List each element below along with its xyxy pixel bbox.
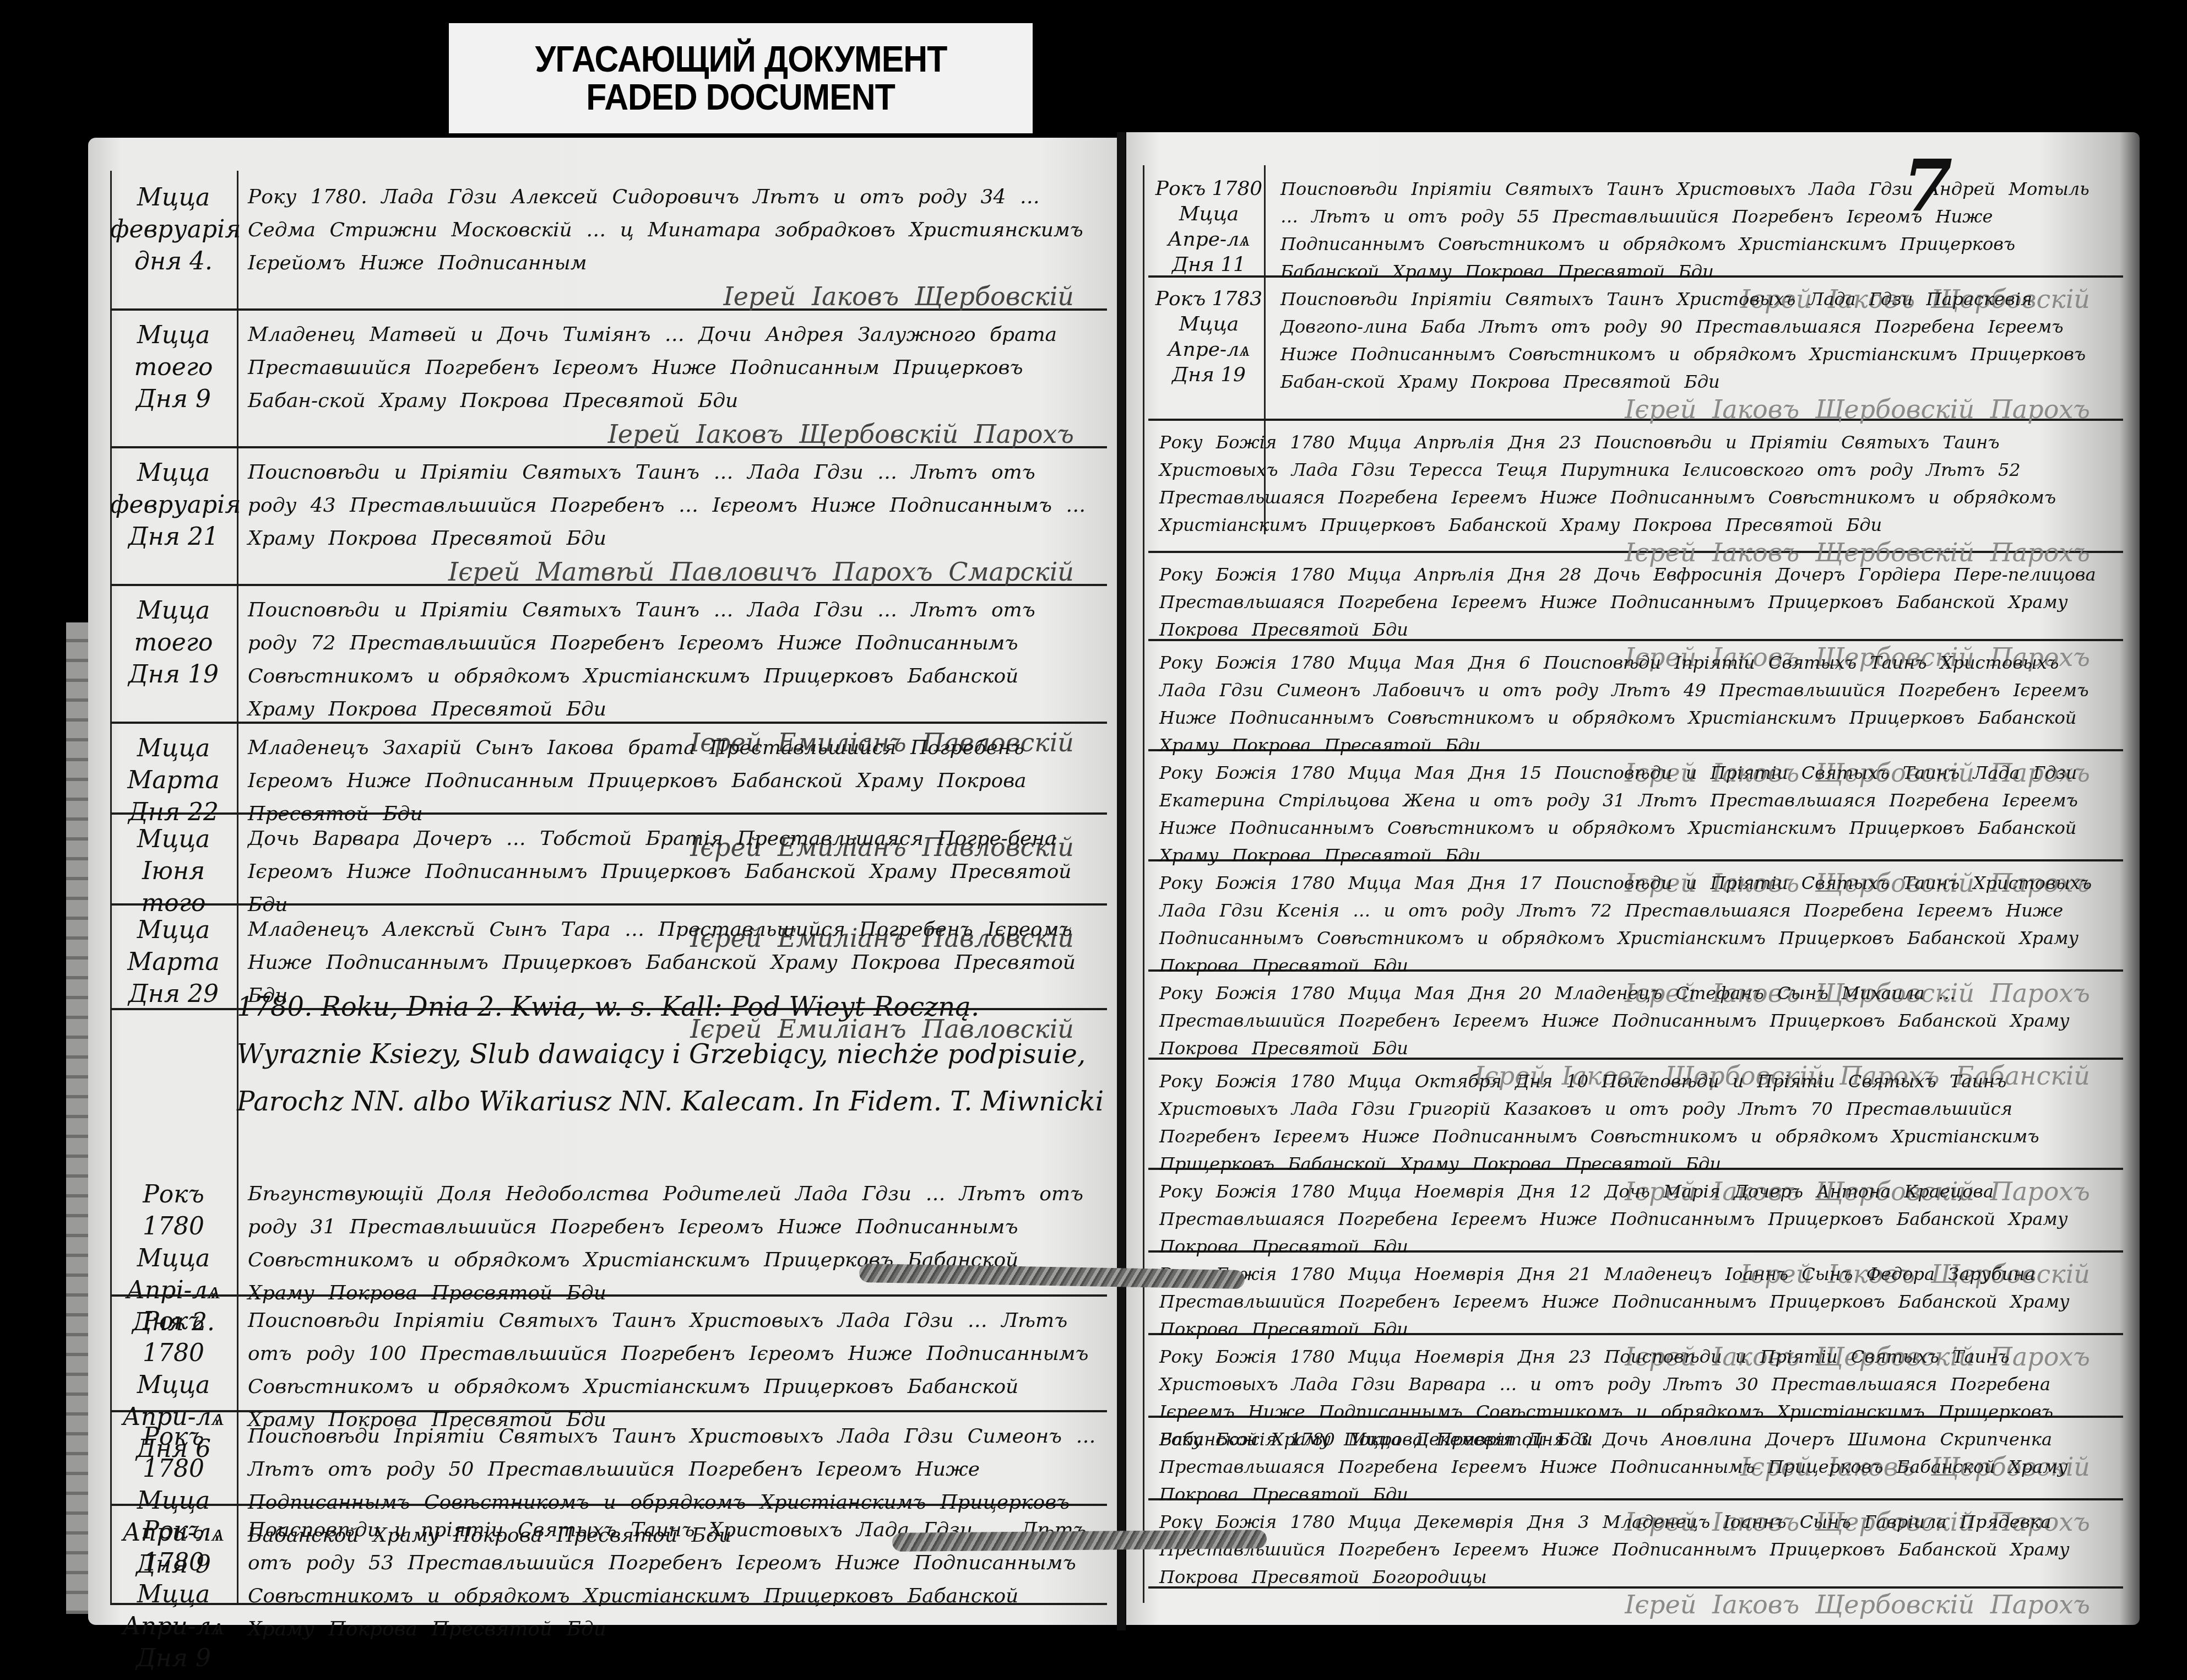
entry-body: Поисповѣди и пріятіи Святыхъ Таинъ Христ… xyxy=(237,1504,1107,1646)
register-entry: Року Божія 1780 Мцца Апрѣлія Дня 28 Дочь… xyxy=(1148,551,2123,641)
entry-body: Року 1780. Лада Гдзи Алексей Сидоровичъ … xyxy=(237,171,1107,313)
register-entry: Мцца Марта Дня 22Младенецъ Захарій Сынъ … xyxy=(110,722,1107,815)
entry-text: Року Божія 1780 Мцца Апрѣлія Дня 28 Дочь… xyxy=(1159,564,2096,640)
entry-text: Поисповѣди и Пріятіи Святыхъ Таинъ … Лад… xyxy=(248,599,1035,720)
entry-date: Мцца февруарія дня 4. xyxy=(110,171,237,278)
entry-text: Року Божія 1780 Мцца Мая Дня 17 Поисповѣ… xyxy=(1159,872,2092,976)
right-page: 7 Рокъ 1780 Мцца Апре-лѧ Дня 11Поисповѣд… xyxy=(1126,132,2140,1625)
entry-date: Мцца тоего Дня 19 xyxy=(110,584,237,691)
register-entry: Року Божія 1780 Мцца Мая Дня 6 Поисповѣд… xyxy=(1148,639,2123,751)
register-entry: Мцца тоего Дня 19Поисповѣди и Пріятіи Св… xyxy=(110,584,1107,724)
register-entry: Мцца февруарія дня 4.Року 1780. Лада Гдз… xyxy=(110,171,1107,311)
entry-text: Року Божія 1780 Мцца Декемврія Дня 3 Мла… xyxy=(1159,1511,2070,1587)
label-russian: УГАСАЮЩИЙ ДОКУМЕНТ xyxy=(535,40,947,78)
entry-text: Року 1780. Лада Гдзи Алексей Сидоровичъ … xyxy=(248,186,1083,274)
entry-body: Бѣгунствующій Доля Недоболства Родителей… xyxy=(237,1168,1107,1310)
entry-date: Рокъ 1783 Мцца Апре-лѧ Дня 19 xyxy=(1148,275,1269,388)
faded-document-label: УГАСАЮЩИЙ ДОКУМЕНТ FADED DOCUMENT xyxy=(449,23,1033,133)
entry-text: Поисповѣди Іпріятіи Святыхъ Таинъ Христо… xyxy=(1280,178,2090,282)
register-entry: Рокъ 1783 Мцца Апре-лѧ Дня 19Поисповѣди … xyxy=(1148,275,2123,421)
entry-body: Младенец Матвей и Дочь Тиміянъ … Дочи Ан… xyxy=(237,308,1107,451)
entry-text: Младенец Матвей и Дочь Тиміянъ … Дочи Ан… xyxy=(248,323,1057,412)
entry-text: Року Божія 1780 Мцца Мая Дня 20 Младенец… xyxy=(1159,983,2070,1059)
entry-body: Року Божія 1780 Мцца Декемврія Дня 3 Мла… xyxy=(1148,1498,2123,1618)
register-entry: Мцца тоего Дня 9Младенец Матвей и Дочь Т… xyxy=(110,308,1107,448)
register-entry: Року Божія 1780 Мцца Ноемврія Дня 23 Пои… xyxy=(1148,1333,2123,1418)
label-english: FADED DOCUMENT xyxy=(587,78,896,116)
entry-text: Року Божія 1780 Мцца Мая Дня 6 Поисповѣд… xyxy=(1159,652,2088,756)
left-page: Мцца февруарія дня 4.Року 1780. Лада Гдз… xyxy=(88,138,1124,1625)
entry-date: Мцца тоего Дня 9 xyxy=(110,308,237,415)
register-entry: Року Божія 1780 Мцца Октября Дня 10 Поис… xyxy=(1148,1058,2123,1170)
register-entry: Рокъ 1780 Мцца Апри-лѧ Дня 9Поисповѣди и… xyxy=(110,1504,1107,1605)
entry-date: Мцца февруарія Дня 21 xyxy=(110,446,237,553)
register-entry: Року Божія 1780 Мцца Декемврія Дня 3 Мла… xyxy=(1148,1498,2123,1589)
margin-rule xyxy=(1143,165,1144,1603)
entry-text: Поисповѣди и Пріятіи Святыхъ Таинъ … Лад… xyxy=(248,461,1086,550)
register-entry: Мцца февруарія Дня 21Поисповѣди и Пріяті… xyxy=(110,446,1107,586)
priest-signature: Іерей Іаковъ Щербовскій xyxy=(248,280,1096,313)
register-entry: Року Божія 1780 Мцца Ноемврія Дня 21 Мла… xyxy=(1148,1250,2123,1335)
register-entry: Року Божія 1780 Мцца Мая Дня 20 Младенец… xyxy=(1148,969,2123,1060)
register-entry: Року Божія 1780 Мцца Ноемврія Дня 12 Доч… xyxy=(1148,1168,2123,1253)
register-entry: Рокъ 1780 Мцца Апри-лѧ Дня 9Поисповѣди І… xyxy=(110,1410,1107,1506)
priest-signature: Ієрей Матвѣй Павловичъ Парохъ Смарскій xyxy=(248,555,1096,588)
entry-body: Поисповѣди и Пріятіи Святыхъ Таинъ … Лад… xyxy=(237,446,1107,588)
book-spine xyxy=(1117,132,1126,1630)
entry-text: Року Божія 1780 Мцца Декемврія Дня 3 Доч… xyxy=(1159,1429,2067,1505)
register-entry: Року Божія 1780 Мцца Мая Дня 17 Поисповѣ… xyxy=(1148,859,2123,972)
entry-text: Бѣгунствующій Доля Недоболства Родителей… xyxy=(248,1183,1083,1304)
register-entry: Року Божія 1780 Мцца Мая Дня 15 Поисповѣ… xyxy=(1148,749,2123,861)
entry-text: Року Божія 1780 Мцца Апрѣлія Дня 23 Поис… xyxy=(1159,432,2056,535)
entry-body: Року Божія 1780 Мцца Апрѣлія Дня 23 Поис… xyxy=(1148,419,2123,566)
entry-text: Року Божія 1780 Мцца Октября Дня 10 Поис… xyxy=(1159,1071,2039,1174)
polish-annotation: 1780. Roku, Dnia 2. Kwia, w. s. Kall: Po… xyxy=(237,983,1113,1125)
register-entry: Мцца Іюня тогоДочь Варвара Дочеръ … Тобс… xyxy=(110,812,1107,906)
register-entry: Рокъ 1780 Мцца Апри-лѧ Дня 6Поисповѣди І… xyxy=(110,1294,1107,1412)
entry-text: Року Божія 1780 Мцца Ноемврія Дня 12 Доч… xyxy=(1159,1181,2067,1257)
entry-date: Рокъ 1780 Мцца Апре-лѧ Дня 11 xyxy=(1148,165,1269,278)
entry-text: Року Божія 1780 Мцца Мая Дня 15 Поисповѣ… xyxy=(1159,762,2078,866)
entry-body: Поисповѣди Іпріятіи Святыхъ Таинъ Христо… xyxy=(1269,275,2123,423)
binding-string-lower xyxy=(892,1530,1267,1552)
entry-date: Рокъ 1780 Мцца Апри-лѧ Дня 9 xyxy=(110,1504,237,1674)
register-entry: Рокъ 1780 Мцца Апре-лѧ Дня 11Поисповѣди … xyxy=(1148,165,2123,278)
priest-signature: Іерей Іаковъ Щербовскій Парохъ xyxy=(248,418,1096,451)
register-entry: Року Божія 1780 Мцца Декемврія Дня 3 Доч… xyxy=(1148,1416,2123,1500)
entry-text: Дочь Варвара Дочеръ … Тобстой Братія Пре… xyxy=(248,827,1072,916)
entry-text: Младенецъ Захарій Сынъ Іакова брата Прес… xyxy=(248,736,1027,825)
entry-text: Поисповѣди Іпріятіи Святыхъ Таинъ Христо… xyxy=(1280,289,2086,392)
entry-text: Року Божія 1780 Мцца Ноемврія Дня 21 Мла… xyxy=(1159,1264,2070,1340)
priest-signature: Ієрей Іаковъ Щербовскій Парохъ xyxy=(1159,1591,2112,1618)
register-entry: Року Божія 1780 Мцца Апрѣлія Дня 23 Поис… xyxy=(1148,419,2123,553)
entry-date: Мцца Марта Дня 29 xyxy=(110,903,237,1010)
